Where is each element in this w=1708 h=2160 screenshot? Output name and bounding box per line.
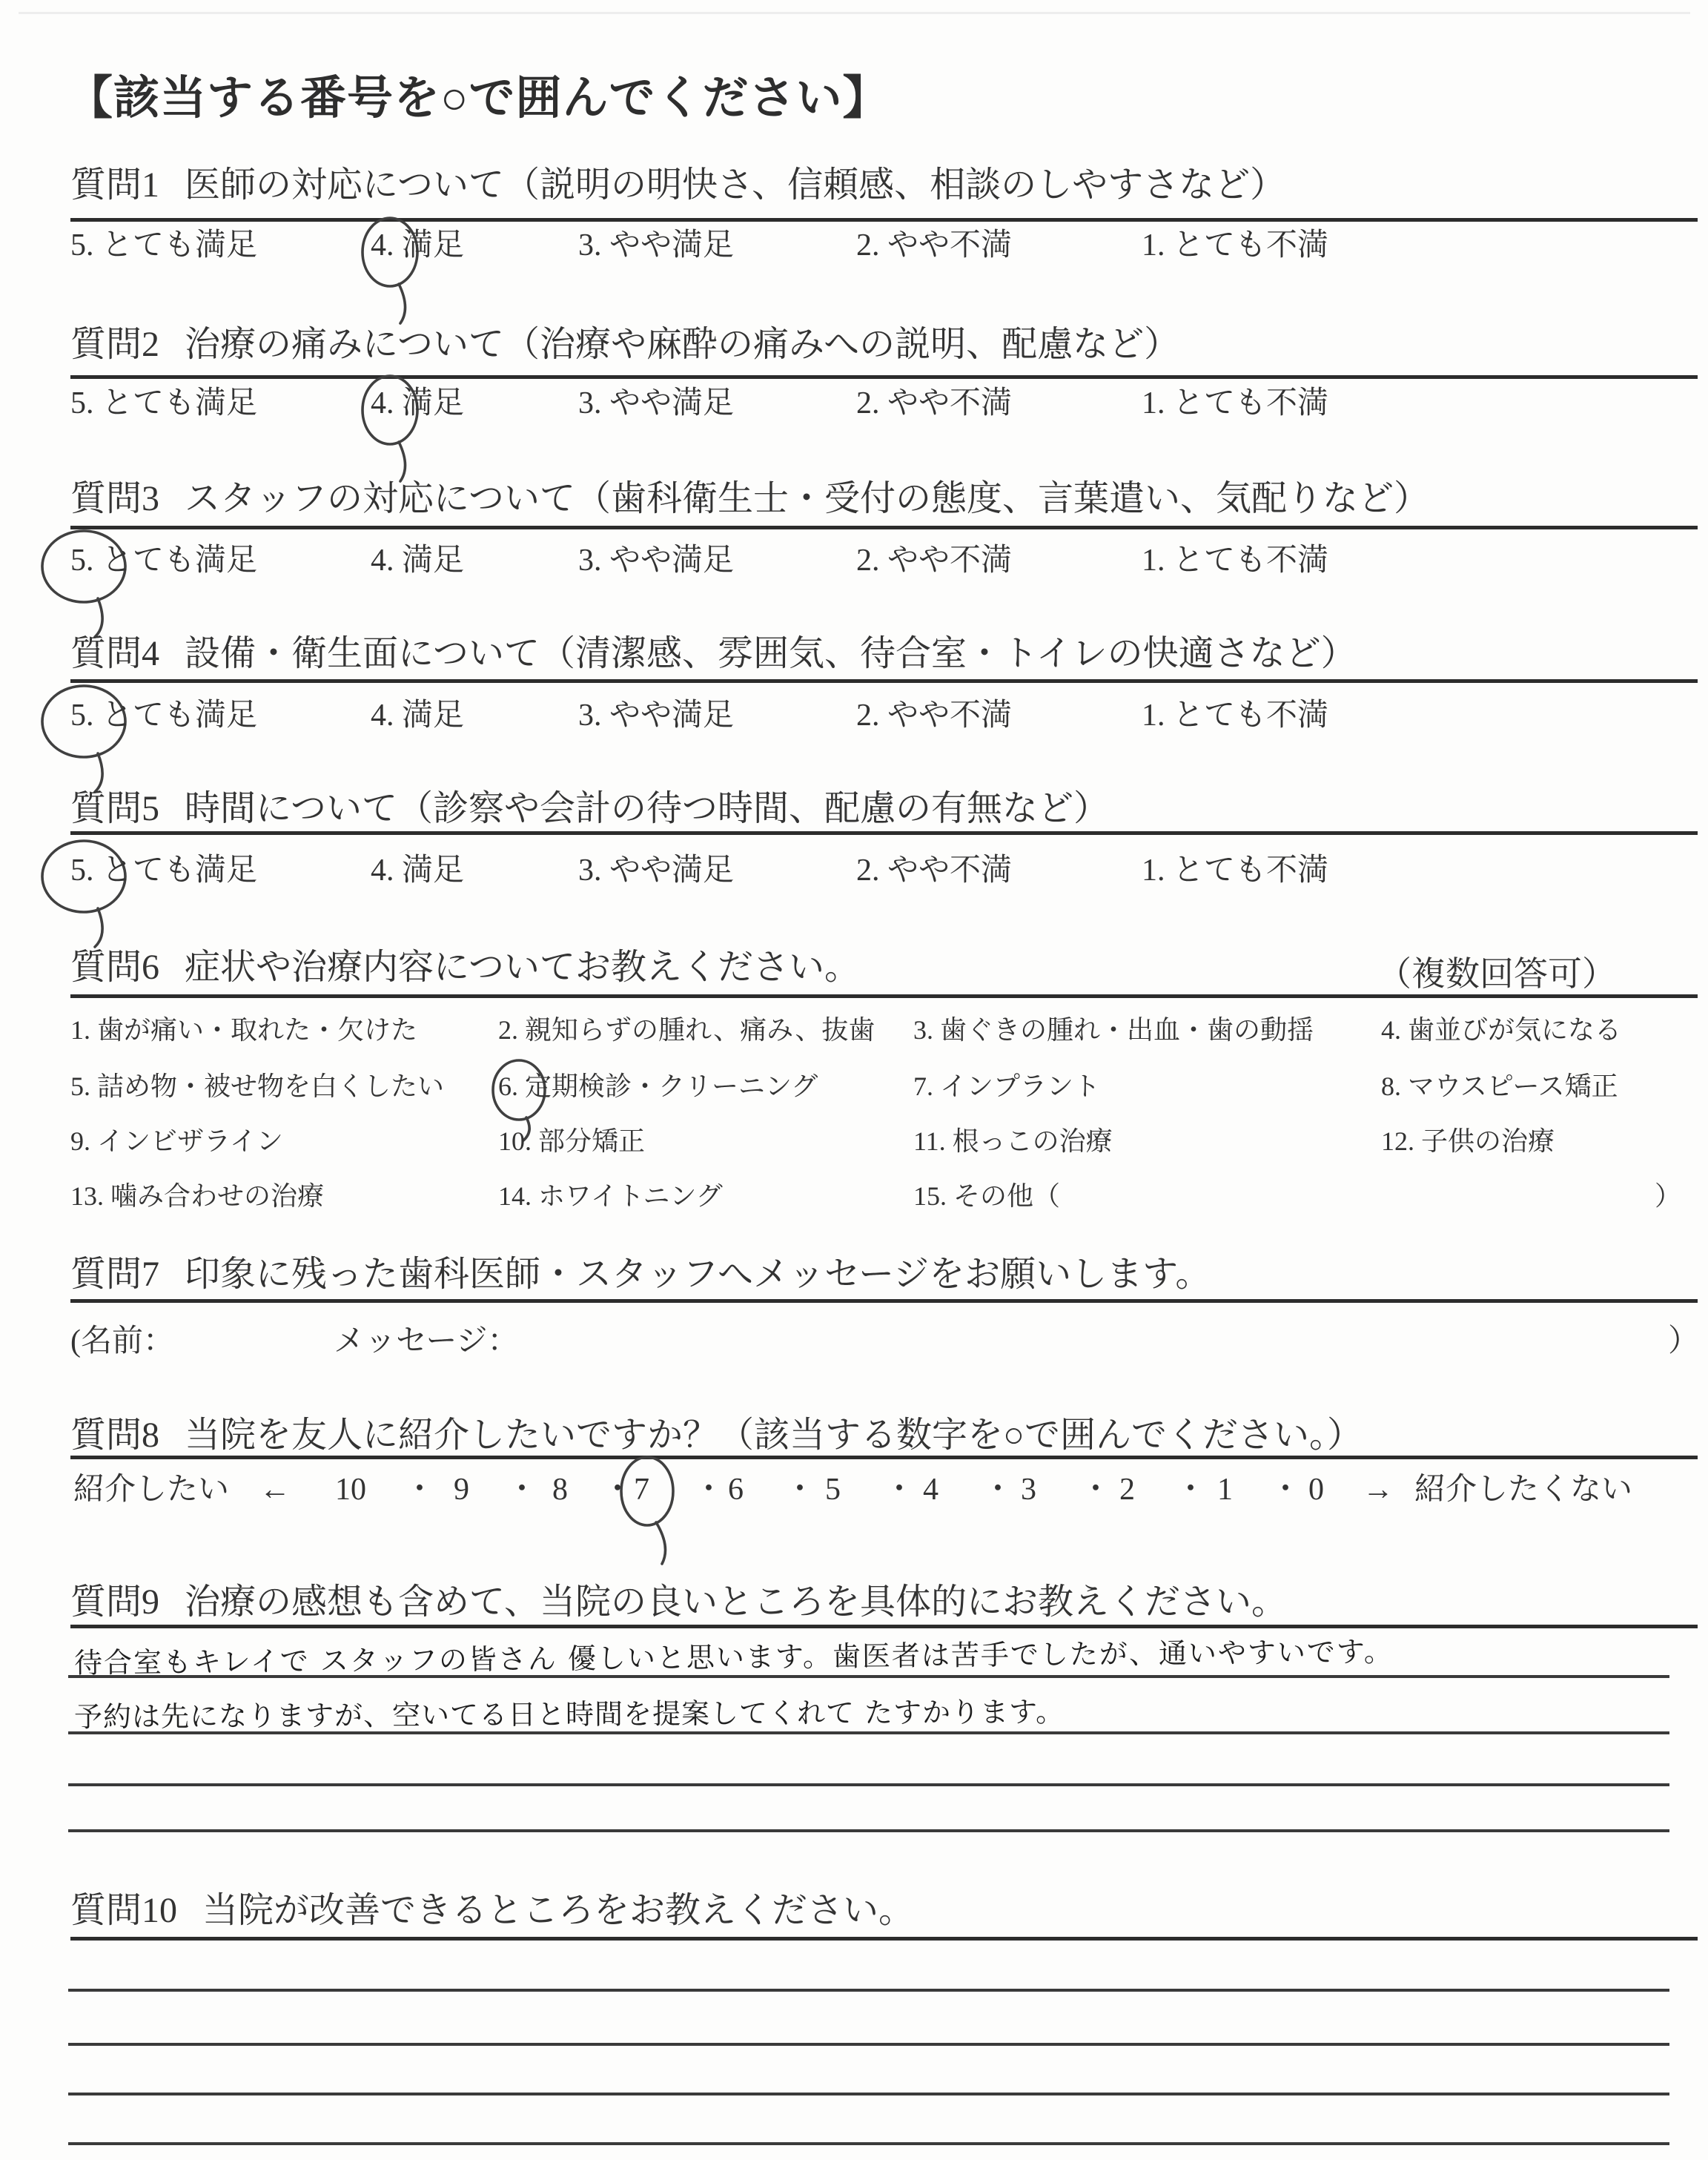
q8-number-10[interactable]: 10 — [335, 1472, 366, 1507]
q3-title: スタッフの対応について（歯科衛生士・受付の態度、言葉遣い、気配りなど） — [185, 478, 1429, 519]
q1-options: 5. とても満足 4. 満足 3. やや満足 2. やや不満 1. とても不満 — [0, 227, 1708, 274]
q9-answer-line-1[interactable] — [68, 1675, 1669, 1678]
q8-separator-dot: ・ — [1080, 1472, 1111, 1507]
q8-separator-dot: ・ — [693, 1472, 724, 1507]
q8-number-8[interactable]: 8 — [552, 1472, 568, 1507]
survey-sheet: 【該当する番号を○で囲んでください】 質問1 医師の対応について（説明の明快さ、… — [0, 0, 1708, 2160]
q2-heading: 質問2 治療の痛みについて（治療や麻酔の痛みへの説明、配慮など） — [70, 324, 1179, 365]
q3-option-4[interactable]: 4. 満足 — [371, 542, 464, 579]
q8-separator-dot: ・ — [404, 1472, 435, 1507]
q8-arrow-left-icon: ← — [259, 1472, 291, 1507]
q1-rule — [70, 218, 1698, 222]
q7-message-label: メッセージ： — [334, 1316, 518, 1361]
q6-other-close-paren: ） — [1655, 1180, 1681, 1212]
q4-option-2[interactable]: 2. やや不満 — [856, 697, 1012, 734]
q3-option-5[interactable]: 5. とても満足 — [70, 542, 257, 579]
q1-label: 質問1 — [70, 165, 159, 205]
q8-number-2[interactable]: 2 — [1119, 1472, 1135, 1507]
q8-separator-dot: ・ — [1175, 1472, 1206, 1507]
q9-answer-line-3[interactable] — [68, 1783, 1669, 1786]
q8-separator-dot: ・ — [884, 1472, 915, 1507]
q5-option-5[interactable]: 5. とても満足 — [70, 852, 257, 889]
q3-label: 質問3 — [70, 478, 159, 519]
q7-name-label: (名前： — [70, 1316, 174, 1361]
q6-item-5[interactable]: 5. 詰め物・被せ物を白くしたい — [70, 1071, 444, 1103]
q7-title: 印象に残った歯科医師・スタッフへメッセージをお願いします。 — [185, 1254, 1211, 1295]
q1-option-1[interactable]: 1. とても不満 — [1142, 227, 1328, 264]
page-top-edge-line — [19, 12, 1690, 14]
q1-option-2[interactable]: 2. やや不満 — [856, 227, 1012, 264]
q8-label: 質問8 — [70, 1415, 159, 1456]
q2-option-1[interactable]: 1. とても不満 — [1142, 385, 1328, 422]
q6-title: 症状や治療内容についてお教えください。 — [185, 947, 860, 988]
q9-label: 質問9 — [70, 1582, 159, 1622]
q10-answer-line-2[interactable] — [68, 2043, 1669, 2046]
q8-separator-dot: ・ — [982, 1472, 1013, 1507]
q6-label: 質問6 — [70, 947, 159, 988]
q6-item-13[interactable]: 13. 噛み合わせの治療 — [70, 1180, 324, 1212]
q8-number-6[interactable]: 6 — [728, 1472, 744, 1507]
q8-right-label: 紹介したくない — [1414, 1472, 1632, 1507]
q4-option-1[interactable]: 1. とても不満 — [1142, 697, 1328, 734]
q6-item-9[interactable]: 9. インビザライン — [70, 1126, 283, 1157]
q2-rule — [70, 375, 1698, 379]
q5-option-1[interactable]: 1. とても不満 — [1142, 852, 1328, 889]
q7-heading: 質問7 印象に残った歯科医師・スタッフへメッセージをお願いします。 — [70, 1254, 1211, 1295]
q1-heading: 質問1 医師の対応について（説明の明快さ、信頼感、相談のしやすさなど） — [70, 165, 1285, 205]
q4-heading: 質問4 設備・衛生面について（清潔感、雰囲気、待合室・トイレの快適さなど） — [70, 633, 1357, 674]
q8-separator-dot: ・ — [506, 1472, 537, 1507]
q10-label: 質問10 — [70, 1890, 177, 1931]
q4-label: 質問4 — [70, 633, 159, 674]
q1-option-5[interactable]: 5. とても満足 — [70, 227, 257, 264]
q10-heading: 質問10 当院が改善できるところをお教えください。 — [70, 1890, 914, 1931]
q7-close-paren: ） — [1668, 1316, 1699, 1361]
q6-item-1[interactable]: 1. 歯が痛い・取れた・欠けた — [70, 1014, 417, 1046]
q3-option-2[interactable]: 2. やや不満 — [856, 542, 1012, 579]
q6-item-6[interactable]: 6. 定期検診・クリーニング — [498, 1071, 818, 1103]
q2-option-5[interactable]: 5. とても満足 — [70, 385, 257, 422]
q2-label: 質問2 — [70, 324, 159, 365]
q1-option-3[interactable]: 3. やや満足 — [578, 227, 734, 264]
q8-number-4[interactable]: 4 — [923, 1472, 939, 1507]
q5-option-4[interactable]: 4. 満足 — [371, 852, 464, 889]
q5-rule — [70, 831, 1698, 835]
q10-rule — [70, 1937, 1698, 1941]
q8-arrow-right-icon: → — [1363, 1472, 1394, 1507]
q5-title: 時間について（診察や会計の待つ時間、配慮の有無など） — [185, 788, 1109, 829]
q8-number-7[interactable]: 7 — [634, 1472, 649, 1507]
q8-left-label: 紹介したい — [73, 1472, 229, 1507]
q2-option-4[interactable]: 4. 満足 — [371, 385, 464, 422]
q6-item-4[interactable]: 4. 歯並びが気になる — [1381, 1014, 1621, 1046]
q4-options: 5. とても満足 4. 満足 3. やや満足 2. やや不満 1. とても不満 — [0, 697, 1708, 744]
q6-item-2[interactable]: 2. 親知らずの腫れ、痛み、抜歯 — [498, 1014, 875, 1046]
q4-rule — [70, 679, 1698, 683]
q6-item-3[interactable]: 3. 歯ぐきの腫れ・出血・歯の動揺 — [913, 1014, 1314, 1046]
q2-title: 治療の痛みについて（治療や麻酔の痛みへの説明、配慮など） — [185, 324, 1179, 365]
q5-option-2[interactable]: 2. やや不満 — [856, 852, 1012, 889]
q2-option-2[interactable]: 2. やや不満 — [856, 385, 1012, 422]
q5-heading: 質問5 時間について（診察や会計の待つ時間、配慮の有無など） — [70, 788, 1109, 829]
q8-title: 当院を友人に紹介したいですか？（該当する数字を○で囲んでください。） — [185, 1415, 1363, 1456]
q6-item-7[interactable]: 7. インプラント — [913, 1071, 1100, 1103]
q4-option-3[interactable]: 3. やや満足 — [578, 697, 734, 734]
q3-options: 5. とても満足 4. 満足 3. やや満足 2. やや不満 1. とても不満 — [0, 542, 1708, 589]
page-title: 【該当する番号を○で囲んでください】 — [67, 61, 889, 127]
q9-heading: 質問9 治療の感想も含めて、当院の良いところを具体的にお教えください。 — [70, 1582, 1287, 1622]
q7-rule — [70, 1299, 1698, 1303]
q10-answer-line-3[interactable] — [68, 2093, 1669, 2095]
q9-handwritten-line-2: 予約は先になりますが、空いてる日と時間を提案してくれて たすかります。 — [74, 1689, 1065, 1735]
q10-answer-line-1[interactable] — [68, 1989, 1669, 1992]
q1-title: 医師の対応について（説明の明快さ、信頼感、相談のしやすさなど） — [185, 165, 1285, 205]
q8-number-5[interactable]: 5 — [825, 1472, 841, 1507]
q6-heading: 質問6 症状や治療内容についてお教えください。 — [70, 947, 860, 988]
q1-option-4[interactable]: 4. 満足 — [371, 227, 464, 264]
q4-option-4[interactable]: 4. 満足 — [371, 697, 464, 734]
q3-option-3[interactable]: 3. やや満足 — [578, 542, 734, 579]
q8-separator-dot: ・ — [784, 1472, 815, 1507]
q2-options: 5. とても満足 4. 満足 3. やや満足 2. やや不満 1. とても不満 — [0, 385, 1708, 432]
q4-option-5[interactable]: 5. とても満足 — [70, 697, 257, 734]
q8-number-9[interactable]: 9 — [454, 1472, 469, 1507]
q8-rule — [70, 1456, 1698, 1459]
q10-answer-line-4[interactable] — [68, 2142, 1669, 2145]
q5-option-3[interactable]: 3. やや満足 — [578, 852, 734, 889]
q4-title: 設備・衛生面について（清潔感、雰囲気、待合室・トイレの快適さなど） — [185, 633, 1357, 674]
q9-rule — [70, 1625, 1698, 1628]
q6-item-12[interactable]: 12. 子供の治療 — [1381, 1126, 1555, 1157]
q9-answer-line-4[interactable] — [68, 1829, 1669, 1832]
q9-answer-line-2[interactable] — [68, 1731, 1669, 1734]
q6-item-15[interactable]: 15. その他（ — [913, 1180, 1060, 1212]
q6-multi-answer-note: （複数回答可） — [1377, 947, 1616, 996]
q6-item-11[interactable]: 11. 根っこの治療 — [913, 1126, 1113, 1157]
q8-separator-dot: ・ — [1270, 1472, 1301, 1507]
q9-title: 治療の感想も含めて、当院の良いところを具体的にお教えください。 — [185, 1582, 1287, 1622]
q8-number-3[interactable]: 3 — [1021, 1472, 1036, 1507]
q9-handwritten-line-1: 待合室もキレイで スタッフの皆さん 優しいと思います。歯医者は苦手でしたが、通い… — [74, 1628, 1394, 1681]
q3-option-1[interactable]: 1. とても不満 — [1142, 542, 1328, 579]
q8-separator-dot: ・ — [602, 1472, 633, 1507]
q5-label: 質問5 — [70, 788, 159, 829]
q2-option-3[interactable]: 3. やや満足 — [578, 385, 734, 422]
q7-label: 質問7 — [70, 1254, 159, 1295]
q8-number-0[interactable]: 0 — [1308, 1472, 1324, 1507]
q6-rule — [70, 994, 1698, 998]
q5-options: 5. とても満足 4. 満足 3. やや満足 2. やや不満 1. とても不満 — [0, 852, 1708, 899]
q6-item-10[interactable]: 10. 部分矯正 — [498, 1126, 645, 1157]
q10-title: 当院が改善できるところをお教えください。 — [202, 1890, 914, 1931]
q6-item-14[interactable]: 14. ホワイトニング — [498, 1180, 723, 1212]
q6-item-8[interactable]: 8. マウスピース矯正 — [1381, 1071, 1618, 1103]
q8-heading: 質問8 当院を友人に紹介したいですか？（該当する数字を○で囲んでください。） — [70, 1415, 1363, 1456]
q8-number-1[interactable]: 1 — [1217, 1472, 1233, 1507]
q3-rule — [70, 526, 1698, 529]
q3-heading: 質問3 スタッフの対応について（歯科衛生士・受付の態度、言葉遣い、気配りなど） — [70, 478, 1429, 519]
